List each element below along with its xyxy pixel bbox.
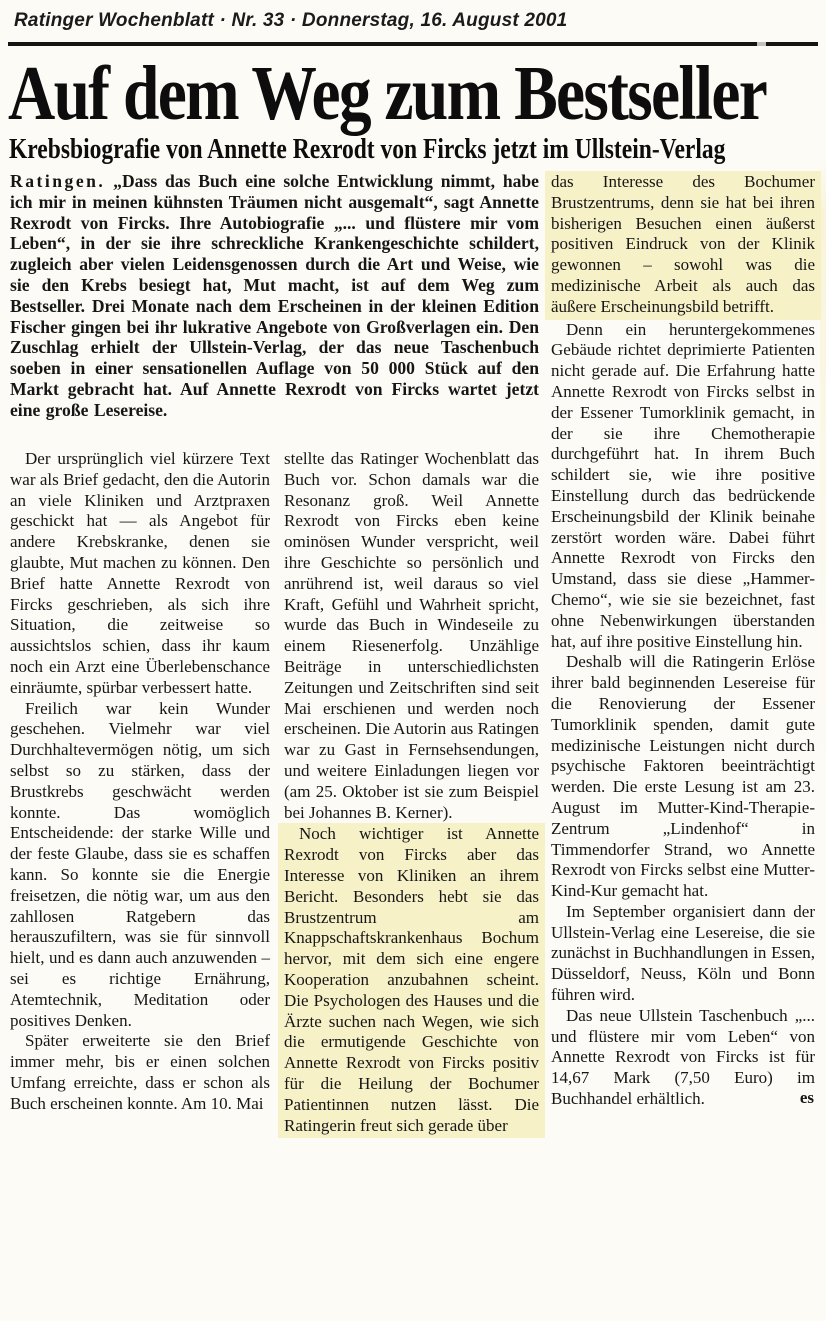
lede-paragraph: Ratingen. „Dass das Buch eine solche Ent… (10, 171, 539, 421)
article-paragraph: Das neue Ullstein Taschenbuch „... und f… (551, 1006, 815, 1110)
article-column-2: stellte das Ratinger Wochenblatt das Buc… (284, 449, 539, 1138)
masthead-rule-divider (8, 42, 818, 46)
highlighted-passage: Noch wichtiger ist Annette Rexrodt von F… (278, 823, 545, 1138)
article-paragraph: Im September organisiert dann der Ullste… (551, 902, 815, 1006)
masthead-text: Ratinger Wochenblatt · Nr. 33 · Donnerst… (14, 10, 567, 32)
highlighted-passage: das Interesse des Bochumer Brustzentrums… (545, 171, 821, 320)
article-paragraph-highlighted-continued: das Interesse des Bochumer Brustzentrums… (551, 172, 815, 318)
article-paragraph: Später erweiterte sie den Brief immer me… (10, 1031, 270, 1114)
dateline: Ratingen. (10, 171, 105, 191)
article-headline: Auf dem Weg zum Bestseller (8, 56, 824, 130)
article-paragraph: Denn ein heruntergekommenes Gebäude rich… (551, 320, 815, 653)
author-initials: es (800, 1088, 814, 1109)
article-subheadline: Krebsbiografie von Annette Rexrodt von F… (9, 134, 820, 166)
article-paragraph-continued: stellte das Ratinger Wochenblatt das Buc… (284, 449, 539, 823)
article-paragraph-highlighted: Noch wichtiger ist Annette Rexrodt von F… (284, 824, 539, 1136)
newspaper-page: { "colors": { "paper": "#fcfbf6", "ink":… (0, 0, 826, 1321)
article-paragraph: Freilich war kein Wunder geschehen. Viel… (10, 699, 270, 1032)
article-column-1: Der ursprünglich viel kürzere Text war a… (10, 449, 270, 1115)
lede-text: „Dass das Buch eine solche Entwicklung n… (10, 171, 539, 420)
article-paragraph: Der ursprünglich viel kürzere Text war a… (10, 449, 270, 699)
article-column-3: das Interesse des Bochumer Brustzentrums… (551, 171, 815, 1110)
article-paragraph: Deshalb will die Ratingerin Erlöse ihrer… (551, 652, 815, 902)
